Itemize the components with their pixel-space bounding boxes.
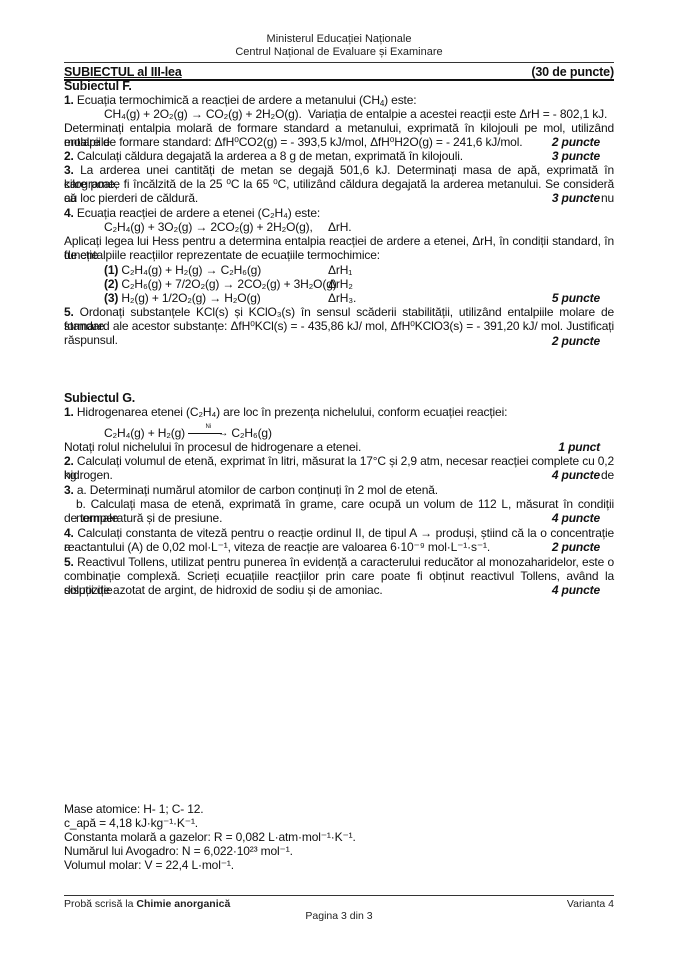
- g-q5-number: 5.: [64, 555, 74, 569]
- f-q1-intro-text: Ecuația termochimică a reacției de arder…: [77, 93, 380, 107]
- header-divider: [64, 62, 614, 63]
- constant-specific-heat: c_apă = 4,18 kJ·kg⁻¹·K⁻¹.: [64, 817, 614, 831]
- g-q5-text3: soluții de azotat de argint, de hidroxid…: [64, 584, 614, 598]
- f-q2-text: Calculați căldura degajată la arderea a …: [77, 149, 463, 163]
- constant-molar-volume: Volumul molar: V = 22,4 L·mol⁻¹.: [64, 859, 614, 873]
- f-q4-intro: 4. Ecuația reacției de ardere a etenei (…: [64, 207, 614, 221]
- g-q1-text: Notați rolul nichelului în procesul de h…: [64, 441, 614, 455]
- f-q4-text2: de entalpiile reacțiilor reprezentate de…: [64, 249, 614, 263]
- f-q4-points: 5 puncte: [552, 292, 600, 306]
- g-q1-intro-text: Hidrogenarea etenei (C₂H₄) are loc în pr…: [77, 405, 507, 419]
- f-q4-reaction-2: (2) C₂H₆(g) + 7/2O₂(g) → 2CO₂(g) + 3H₂O(…: [104, 278, 614, 292]
- g-q2-number: 2.: [64, 454, 74, 468]
- f-q5-text2: standard ale acestor substanțe: ΔfH⁰KCl(…: [64, 320, 614, 347]
- f-q3-points: 3 puncte: [552, 192, 600, 206]
- f-q2: 2. Calculați căldura degajată la arderea…: [64, 150, 614, 164]
- g-q1-text-content: Notați rolul nichelului în procesul de h…: [64, 440, 361, 454]
- f-q3-text3: au loc pierderi de căldură. 3 puncte: [64, 192, 614, 206]
- f-q2-number: 2.: [64, 149, 74, 163]
- reaction-label: (3): [104, 291, 118, 305]
- g-q4-number: 4.: [64, 526, 74, 540]
- reaction-equation: C₂H₄(g) + H₂(g) → C₂H₆(g): [121, 263, 261, 277]
- reaction-enthalpy: ΔrH₁: [328, 264, 352, 278]
- g-q5-text1-content: Reactivul Tollens, utilizat pentru puner…: [77, 555, 614, 569]
- g-q5-text3-content: soluții de azotat de argint, de hidroxid…: [64, 583, 383, 597]
- reaction-enthalpy: ΔrH₃.: [328, 292, 356, 306]
- g-q3-number: 3.: [64, 483, 74, 497]
- f-q1-text2-content: molare de formare standard: ΔfH⁰CO2(g) =…: [64, 135, 522, 149]
- footer-variant: Varianta 4: [567, 898, 614, 910]
- g-q3-a-text: a. Determinați numărul atomilor de carbo…: [77, 483, 438, 497]
- g-q4-text2-content: reactantului (A) de 0,02 mol·L⁻¹, viteza…: [64, 540, 490, 554]
- f-q3-number: 3.: [64, 163, 74, 177]
- footer-exam-subject: Chimie anorganică: [136, 898, 230, 910]
- f-q5-points: 2 puncte: [552, 335, 600, 349]
- g-q5-text1: 5. Reactivul Tollens, utilizat pentru pu…: [64, 556, 614, 570]
- section-f-title: Subiectul F.: [64, 80, 614, 94]
- reaction-label: (1): [104, 263, 118, 277]
- f-q1-equation-text: CH₄(g) + 2O₂(g) → CO₂(g) + 2H₂O(g).: [104, 107, 302, 121]
- g-q2-text2-content: hidrogen.: [64, 468, 113, 482]
- f-q4-equation: C₂H₄(g) + 3O₂(g) → 2CO₂(g) + 2H₂O(g), Δr…: [104, 221, 614, 235]
- f-q4-equation-text: C₂H₄(g) + 3O₂(g) → 2CO₂(g) + 2H₂O(g),: [104, 220, 313, 234]
- g-q5-points: 4 puncte: [552, 584, 600, 598]
- catalyst-arrow: Ni →: [188, 427, 228, 441]
- exam-page: Ministerul Educației Naționale Centrul N…: [0, 0, 678, 960]
- footer-exam-prefix: Probă scrisă la: [64, 898, 136, 910]
- subject-title: SUBIECTUL al III-lea (30 de puncte): [64, 66, 614, 80]
- reaction-equation: C₂H₆(g) + 7/2O₂(g) → 2CO₂(g) + 3H₂O(g): [121, 277, 336, 291]
- f-q1-text2: molare de formare standard: ΔfH⁰CO2(g) =…: [64, 136, 614, 150]
- f-q4-equation-dh: ΔrH.: [328, 221, 351, 235]
- center-name: Centrul Național de Evaluare și Examinar…: [0, 46, 678, 58]
- ministry-name: Ministerul Educației Naționale: [0, 33, 678, 45]
- f-q4-intro-text: Ecuația reacției de ardere a etenei (C₂H…: [77, 206, 320, 220]
- reaction-enthalpy: ΔrH₂: [328, 278, 353, 292]
- f-q1-equation-note: Variația de entalpie a acestei reacții e…: [308, 107, 607, 121]
- g-q3-a: 3. a. Determinați numărul atomilor de ca…: [64, 484, 614, 498]
- g-q4-text2: reactantului (A) de 0,02 mol·L⁻¹, viteza…: [64, 541, 614, 555]
- footer-exam: Probă scrisă la Chimie anorganică: [64, 898, 230, 910]
- g-q1-equation: C₂H₄(g) + H₂(g) Ni → C₂H₆(g): [104, 427, 614, 441]
- g-q3-b2: de temperatură și de presiune. 4 puncte: [64, 512, 614, 526]
- footer-divider: [64, 895, 614, 896]
- footer-page-number: Pagina 3 din 3: [0, 910, 678, 922]
- constant-atomic-masses: Mase atomice: H- 1; C- 12.: [64, 803, 614, 817]
- g-q1-eq-right: C₂H₆(g): [231, 426, 271, 440]
- f-q3-text3-content: au loc pierderi de căldură.: [64, 191, 198, 205]
- g-q2-text2: hidrogen. 4 puncte: [64, 469, 614, 483]
- f-q1-intro: 1. Ecuația termochimică a reacției de ar…: [64, 94, 614, 108]
- f-q4-number: 4.: [64, 206, 74, 220]
- g-q1-number: 1.: [64, 405, 74, 419]
- reaction-equation: H₂(g) + 1/2O₂(g) → H₂O(g): [121, 291, 260, 305]
- reaction-label: (2): [104, 277, 118, 291]
- constant-avogadro: Numărul lui Avogadro: N = 6,022·10²³ mol…: [64, 845, 614, 859]
- constant-gas: Constanta molară a gazelor: R = 0,082 L·…: [64, 831, 614, 845]
- subject-title-text: SUBIECTUL al III-lea: [64, 65, 182, 79]
- f-q4-reaction-1: (1) C₂H₄(g) + H₂(g) → C₂H₆(g) ΔrH₁: [104, 264, 614, 278]
- f-q1-equation: CH₄(g) + 2O₂(g) → CO₂(g) + 2H₂O(g). Vari…: [104, 108, 614, 122]
- f-q1-number: 1.: [64, 93, 74, 107]
- f-q5-number: 5.: [64, 305, 74, 319]
- g-q1-eq-left: C₂H₄(g) + H₂(g): [104, 426, 185, 440]
- g-q3-b2-text: de temperatură și de presiune.: [64, 511, 222, 525]
- f-q2-points: 3 puncte: [552, 150, 600, 164]
- f-q1-points: 2 puncte: [552, 136, 600, 150]
- g-q4-points: 2 puncte: [552, 541, 600, 555]
- subject-points: (30 de puncte): [531, 66, 614, 80]
- g-q3-points: 4 puncte: [552, 512, 600, 526]
- arrow-line-icon: [188, 433, 222, 434]
- f-q1-intro-end: ) este:: [384, 93, 416, 107]
- f-q4-reaction-3: (3) H₂(g) + 1/2O₂(g) → H₂O(g) ΔrH₃. 5 pu…: [104, 292, 614, 306]
- g-q1-points: 1 punct: [558, 441, 600, 455]
- g-q1-intro: 1. Hidrogenarea etenei (C₂H₄) are loc în…: [64, 406, 614, 420]
- g-q2-points: 4 puncte: [552, 469, 600, 483]
- section-g-title: Subiectul G.: [64, 392, 614, 406]
